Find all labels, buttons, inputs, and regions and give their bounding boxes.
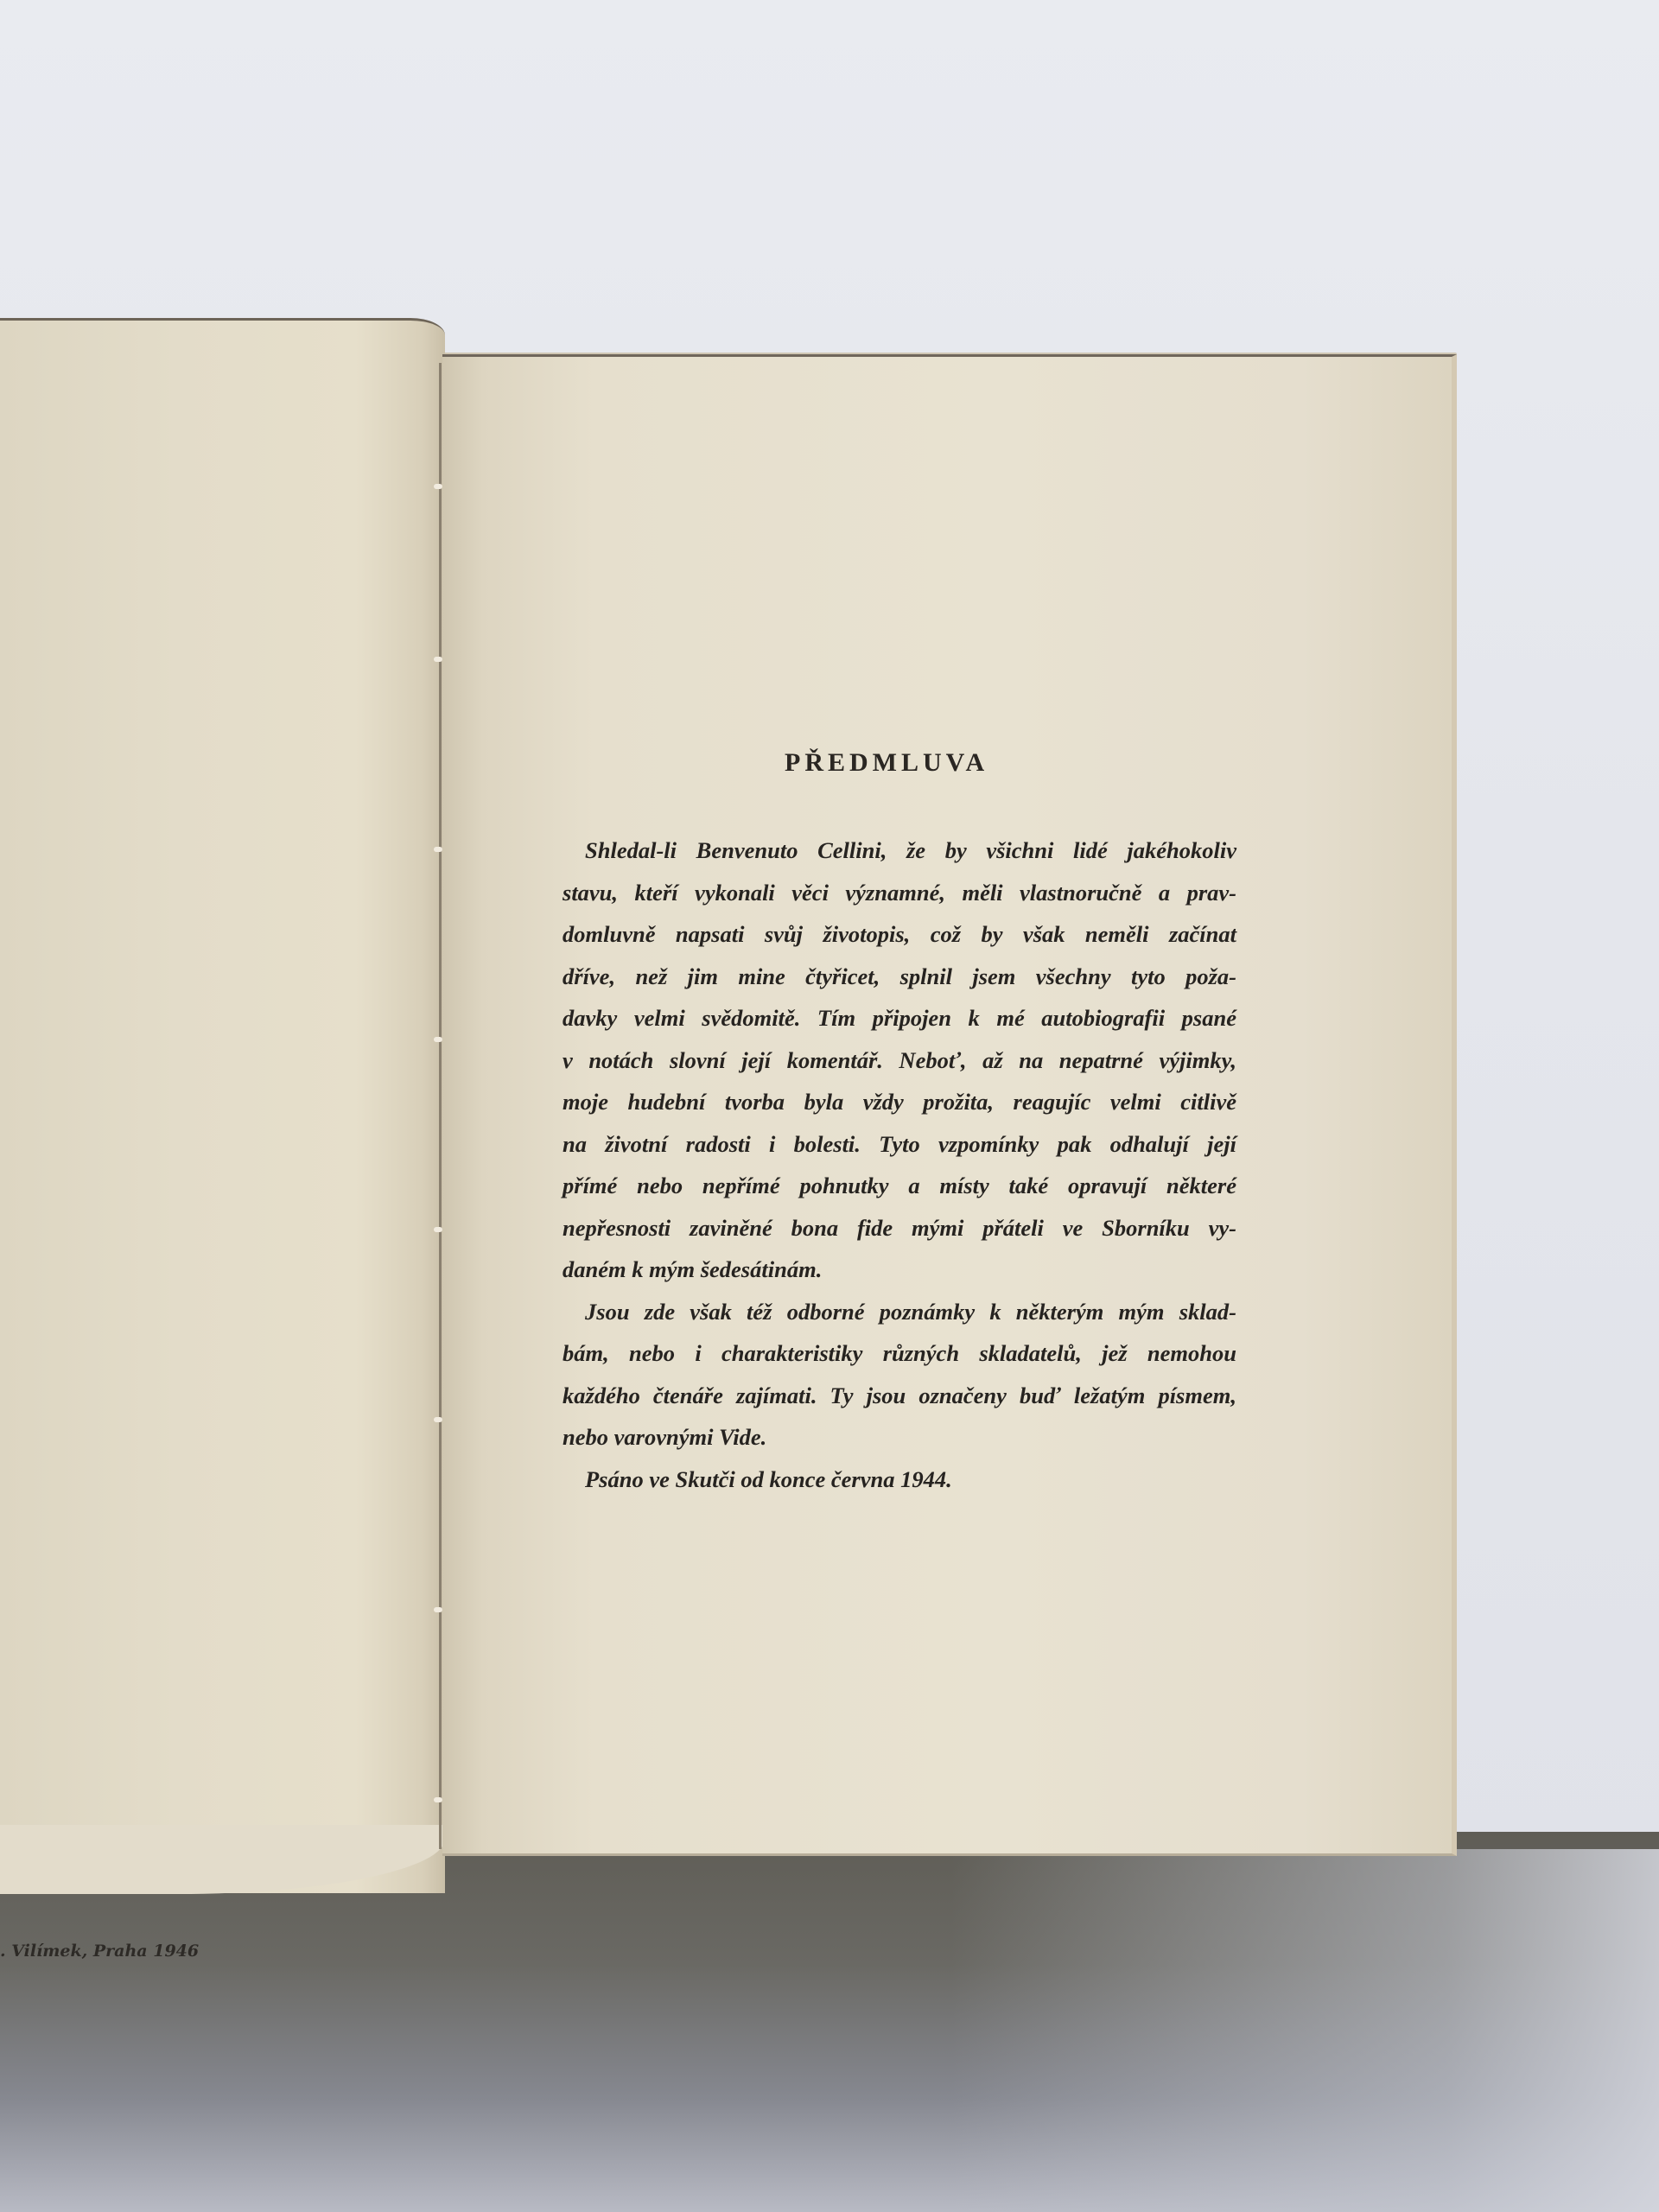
shadow-fade — [950, 1849, 1659, 2212]
text-line: bám, nebo i charakteristiky různých skla… — [563, 1332, 1236, 1375]
text-line: stavu, kteří vykonali věci významné, měl… — [563, 872, 1236, 914]
text-line: nebo varovnými Vide. — [563, 1416, 1236, 1459]
text-line: přímé nebo nepřímé pohnutky a místy také… — [563, 1165, 1236, 1207]
book-spine — [439, 363, 442, 1849]
binding-stitch — [434, 484, 442, 489]
text-line: Jsou zde však též odborné poznámky k něk… — [563, 1291, 1236, 1333]
binding-stitch — [434, 1797, 442, 1802]
text-line: davky velmi svědomitě. Tím připojen k mé… — [563, 997, 1236, 1039]
text-line: Shledal-li Benvenuto Cellini, že by všic… — [563, 829, 1236, 872]
binding-stitch — [434, 847, 442, 852]
publisher-imprint: . Vilímek, Praha 1946 — [0, 1942, 199, 1961]
binding-stitch — [434, 1227, 442, 1232]
text-line: v notách slovní její komentář. Neboť, až… — [563, 1039, 1236, 1082]
left-page: . Vilímek, Praha 1946 — [0, 318, 445, 1893]
binding-stitch — [434, 657, 442, 662]
text-line: dříve, než jim mine čtyřicet, splnil jse… — [563, 956, 1236, 998]
binding-stitch — [434, 1417, 442, 1422]
binding-stitch — [434, 1037, 442, 1042]
text-line: daném k mým šedesátinám. — [563, 1249, 1236, 1291]
text-line: Psáno ve Skutči od konce června 1944. — [563, 1459, 1236, 1501]
text-line: na životní radosti i bolesti. Tyto vzpom… — [563, 1123, 1236, 1166]
text-line: každého čtenáře zajímati. Ty jsou označe… — [563, 1375, 1236, 1417]
binding-stitch — [434, 1607, 442, 1612]
page-title: PŘEDMLUVA — [785, 748, 988, 778]
text-line: nepřesnosti zaviněné bona fide mými přát… — [563, 1207, 1236, 1249]
preface-text: Shledal-li Benvenuto Cellini, že by všic… — [563, 829, 1236, 1500]
text-line: moje hudební tvorba byla vždy prožita, r… — [563, 1081, 1236, 1123]
text-line: domluvně napsati svůj životopis, což by … — [563, 913, 1236, 956]
